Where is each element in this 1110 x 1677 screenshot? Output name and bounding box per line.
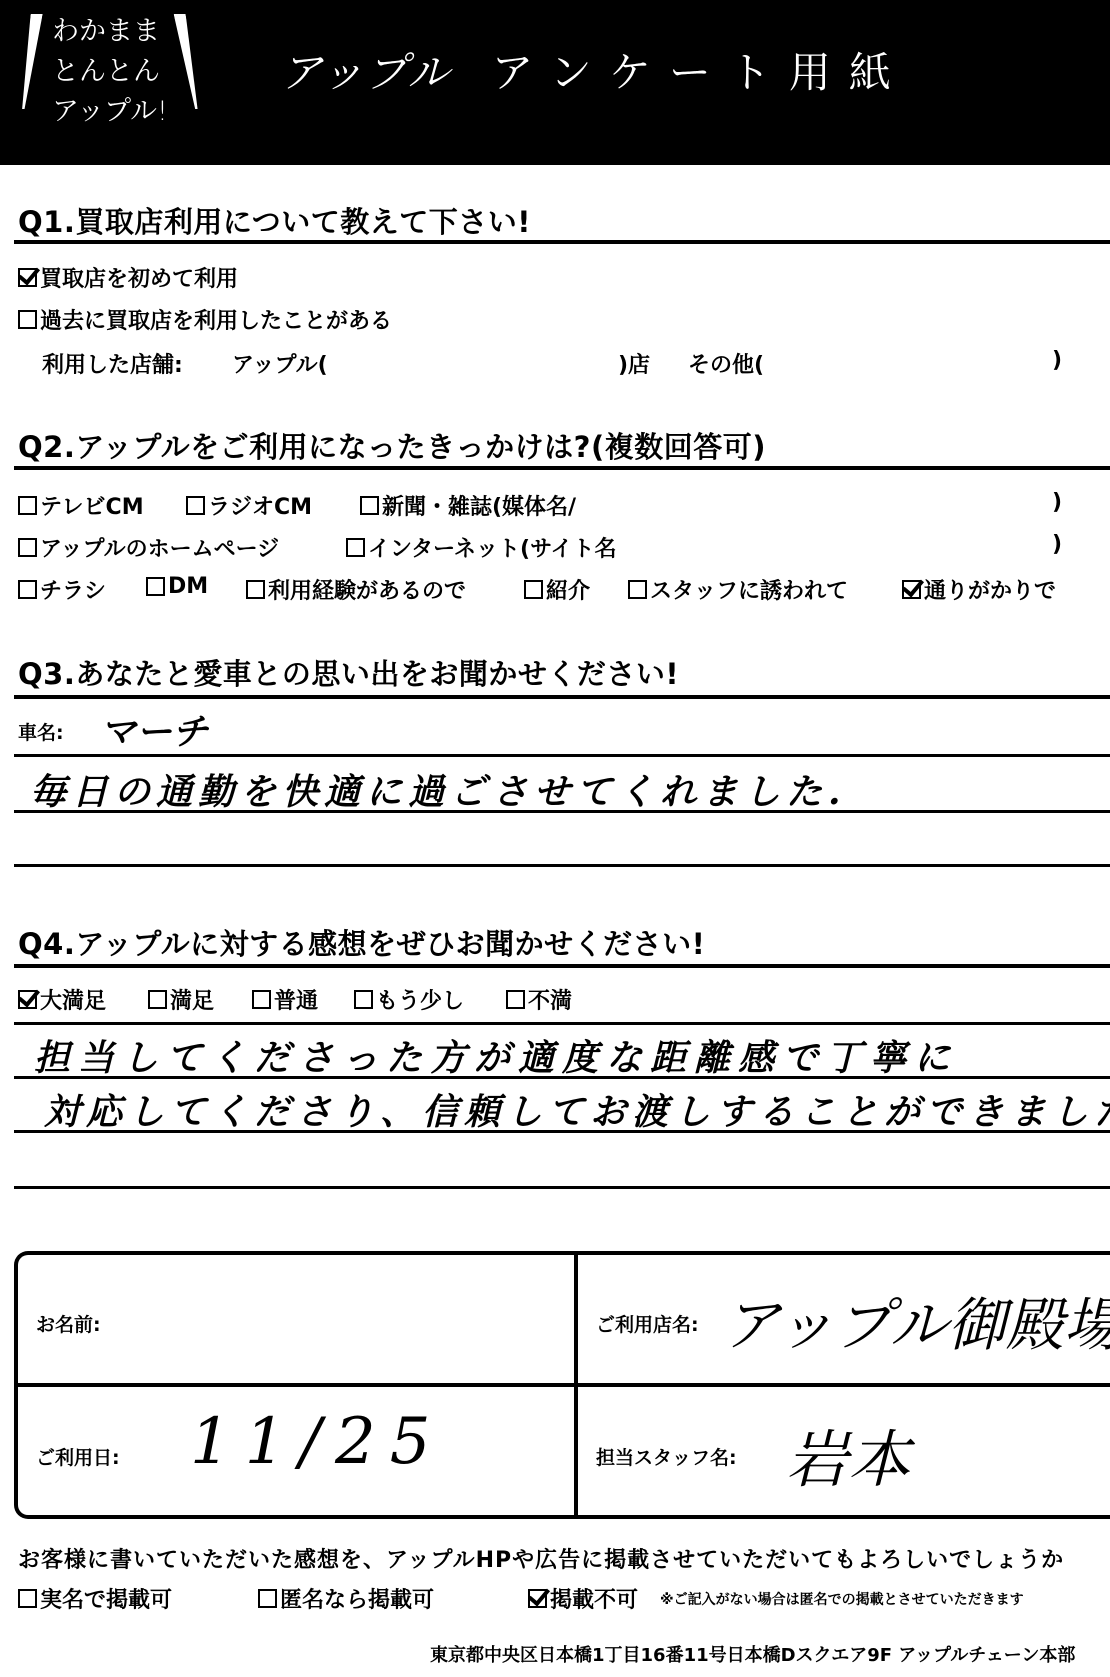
checkbox-checked-icon[interactable]	[528, 1589, 547, 1608]
option-label: 通りがかりで	[924, 574, 1056, 605]
memory-rule-2	[14, 864, 1110, 867]
option-label: アップルのホームページ	[40, 532, 279, 563]
slogan-bracket-left	[17, 14, 42, 109]
checkbox-icon[interactable]	[148, 990, 167, 1009]
q2-option-tv-cm[interactable]: テレビCM	[18, 490, 144, 521]
option-label: インターネット(サイト名	[368, 532, 617, 563]
checkbox-checked-icon[interactable]	[18, 268, 37, 287]
consent-option-anonymous[interactable]: 匿名なら掲載可	[258, 1583, 434, 1614]
internet-close-paren: )	[1052, 532, 1062, 557]
checkbox-icon[interactable]	[252, 990, 271, 1009]
other-store-suffix: )	[1052, 348, 1062, 373]
checkbox-icon[interactable]	[246, 580, 265, 599]
other-store-prefix: その他(	[688, 348, 764, 379]
option-label: もう少し	[376, 984, 464, 1015]
q1-option-first-time[interactable]: 買取店を初めて利用	[18, 262, 238, 293]
car-name-value[interactable]: マーチ	[100, 704, 208, 755]
title-text: アンケート用紙	[491, 48, 908, 97]
q2-option-internet[interactable]: インターネット(サイト名	[346, 532, 617, 563]
date-label: ご利用日:	[36, 1443, 120, 1470]
checkbox-icon[interactable]	[354, 990, 373, 1009]
q2-title: Q2.アップルをご利用になったきっかけは?(複数回答可)	[18, 425, 766, 466]
q1-title: Q1.買取店利用について教えて下さい!	[18, 200, 531, 241]
checkbox-icon[interactable]	[524, 580, 543, 599]
slogan: わかまま とんとん アップル!	[52, 12, 182, 132]
checkbox-icon[interactable]	[18, 310, 37, 329]
checkbox-icon[interactable]	[18, 1589, 37, 1608]
option-label: ラジオCM	[208, 490, 312, 521]
q2-option-flyer[interactable]: チラシ	[18, 574, 106, 605]
staff-name-field[interactable]: 岩本	[786, 1410, 910, 1499]
q3-title: Q3.あなたと愛車との思い出をお聞かせください!	[18, 652, 679, 693]
checkbox-icon[interactable]	[506, 990, 525, 1009]
date-field[interactable]: 11/25	[190, 1405, 444, 1479]
slogan-line: アップル!	[52, 92, 182, 132]
memory-rule-1	[14, 810, 1110, 813]
slogan-line: とんとん	[52, 52, 182, 92]
q2-option-dm[interactable]: DM	[146, 574, 208, 599]
checkbox-icon[interactable]	[18, 496, 37, 515]
comment-line-1[interactable]: 担当してくださった方が適度な距離感で丁寧に	[34, 1030, 958, 1081]
option-label: 匿名なら掲載可	[280, 1583, 434, 1614]
option-label: 実名で掲載可	[40, 1583, 172, 1614]
option-label: 大満足	[40, 984, 106, 1015]
q3-rule	[14, 695, 1110, 699]
q2-option-homepage[interactable]: アップルのホームページ	[18, 532, 279, 563]
brand-name: アップル	[280, 48, 451, 97]
option-label: 利用経験があるので	[268, 574, 466, 605]
footer-address: 東京都中央区日本橋1丁目16番11号日本橋Dスクエア9F アップルチェーン本部	[430, 1641, 1075, 1667]
q2-option-passing-by[interactable]: 通りがかりで	[902, 574, 1056, 605]
q2-option-staff-invite[interactable]: スタッフに誘われて	[628, 574, 848, 605]
apple-store-suffix: )店	[618, 348, 650, 379]
checkbox-icon[interactable]	[360, 496, 379, 515]
q1-option-used-before[interactable]: 過去に買取店を利用したことがある	[18, 304, 392, 335]
q2-rule	[14, 466, 1110, 470]
checkbox-icon[interactable]	[346, 538, 365, 557]
form-header: わかまま とんとん アップル! アップルアンケート用紙	[0, 0, 1110, 165]
car-name-label: 車名:	[18, 718, 64, 745]
checkbox-checked-icon[interactable]	[18, 990, 37, 1009]
q2-option-newspaper[interactable]: 新聞・雑誌(媒体名/	[360, 490, 576, 521]
consent-option-decline[interactable]: 掲載不可 ※ご記入がない場合は匿名での掲載とさせていただきます	[528, 1583, 1024, 1614]
newspaper-close-paren: )	[1052, 490, 1062, 515]
consent-question: お客様に書いていただいた感想を、アップルHPや広告に掲載させていただいてもよろし…	[18, 1543, 1064, 1574]
form-title: アップルアンケート用紙	[280, 40, 909, 100]
option-label: 不満	[528, 984, 572, 1015]
q2-option-prior-use[interactable]: 利用経験があるので	[246, 574, 466, 605]
option-label: 新聞・雑誌(媒体名/	[382, 490, 576, 521]
q2-option-radio-cm[interactable]: ラジオCM	[186, 490, 312, 521]
staff-name-label: 担当スタッフ名:	[596, 1443, 737, 1470]
option-label: 満足	[170, 984, 214, 1015]
checkbox-icon[interactable]	[18, 580, 37, 599]
checkbox-checked-icon[interactable]	[902, 580, 921, 599]
q4-option-satisfied[interactable]: 満足	[148, 984, 214, 1015]
q1-rule	[14, 240, 1110, 244]
option-label: 買取店を初めて利用	[40, 262, 238, 293]
comment-line-2[interactable]: 対応してくださり、信頼してお渡しすることができました	[44, 1084, 1110, 1135]
checkbox-icon[interactable]	[146, 577, 165, 596]
car-name-line	[14, 754, 1110, 757]
q2-option-referral[interactable]: 紹介	[524, 574, 590, 605]
option-label: チラシ	[40, 574, 106, 605]
q4-option-dissatisfied[interactable]: 不満	[506, 984, 572, 1015]
apple-store-prefix: アップル(	[232, 348, 328, 379]
slogan-line: わかまま	[52, 12, 182, 52]
option-label: 過去に買取店を利用したことがある	[40, 304, 392, 335]
memory-line-1[interactable]: 毎日の通勤を快適に過ごさせてくれました.	[30, 764, 847, 815]
checkbox-icon[interactable]	[186, 496, 205, 515]
comment-rule-1	[14, 1076, 1110, 1079]
consent-option-real-name[interactable]: 実名で掲載可	[18, 1583, 172, 1614]
option-label: テレビCM	[40, 490, 144, 521]
comment-rule-2	[14, 1130, 1110, 1133]
q4-option-normal[interactable]: 普通	[252, 984, 318, 1015]
option-label: 掲載不可	[550, 1583, 638, 1614]
q4-rule	[14, 964, 1110, 968]
option-label: 紹介	[546, 574, 590, 605]
q4-option-very-satisfied[interactable]: 大満足	[18, 984, 106, 1015]
option-label: DM	[168, 574, 208, 599]
store-name-field[interactable]: アップル御殿場	[722, 1278, 1110, 1362]
info-row-divider	[14, 1383, 1110, 1387]
name-label: お名前:	[36, 1310, 101, 1337]
q4-option-could-be-better[interactable]: もう少し	[354, 984, 464, 1015]
comment-top-rule	[14, 1022, 1110, 1025]
checkbox-icon[interactable]	[258, 1589, 277, 1608]
store-name-label: ご利用店名:	[596, 1310, 699, 1337]
store-used-label: 利用した店舗:	[42, 348, 183, 379]
option-label: 普通	[274, 984, 318, 1015]
checkbox-icon[interactable]	[628, 580, 647, 599]
option-label: スタッフに誘われて	[650, 574, 848, 605]
q4-title: Q4.アップルに対する感想をぜひお聞かせください!	[18, 922, 705, 963]
comment-rule-3	[14, 1186, 1110, 1189]
consent-note: ※ご記入がない場合は匿名での掲載とさせていただきます	[660, 1589, 1024, 1609]
checkbox-icon[interactable]	[18, 538, 37, 557]
